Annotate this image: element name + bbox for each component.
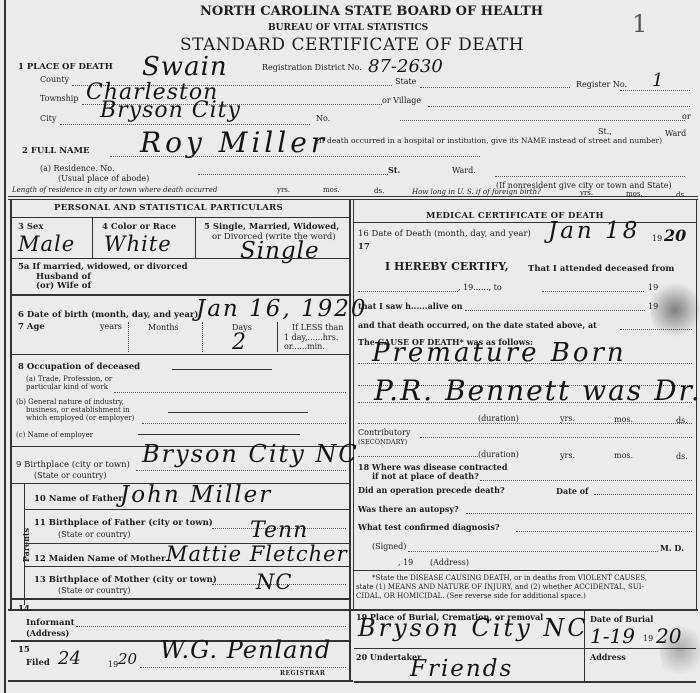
footnote-line-2: state (1) MEANS AND NATURE OF INJURY, an… xyxy=(356,583,644,591)
village-label: or Village xyxy=(382,96,421,105)
father-label: 10 Name of Father xyxy=(34,494,123,504)
no-label: No. xyxy=(316,114,330,123)
birthplace-sub-label: (State or country) xyxy=(34,471,107,480)
burial-date-label: Date of Burial xyxy=(590,614,653,624)
dod-year: 20 xyxy=(664,226,686,245)
burial-date-value: 1-19 xyxy=(590,624,635,648)
dod-year-prefix: 19 xyxy=(652,234,662,243)
marital-label-1: 5 Single, Married, Widowed, xyxy=(204,222,339,232)
operation-date-label: Date of xyxy=(556,486,588,496)
register-value: 1 xyxy=(652,70,663,91)
occ-b-label-1: (b) General nature of industry, xyxy=(16,398,124,406)
contributory-label: Contributory xyxy=(358,428,410,437)
filed-label: Filed xyxy=(26,658,50,668)
signed-address-label: (Address) xyxy=(430,558,469,567)
filed-value: 24 xyxy=(58,648,81,669)
dod-label: 16 Date of Death (month, day, and year) xyxy=(358,229,531,239)
burial-year-prefix: 19 xyxy=(643,634,653,643)
fingerprint-smudge xyxy=(650,280,700,340)
saw-alive-label: that I saw h......alive on xyxy=(358,301,463,311)
mother-bp-sub-label: (State or country) xyxy=(58,586,131,595)
father-value: John Miller xyxy=(120,482,272,508)
st-label: St., xyxy=(598,127,612,136)
less-min-label: or......min. xyxy=(284,342,325,351)
full-name-label: 2 FULL NAME xyxy=(22,146,90,156)
test-label: What test confirmed diagnosis? xyxy=(358,522,500,532)
parents-label: Parents xyxy=(21,528,31,562)
occ-c-label: (c) Name of employer xyxy=(16,431,93,439)
sex-label: 3 Sex xyxy=(18,222,44,232)
race-label: 4 Color or Race xyxy=(102,222,176,232)
race-value: White xyxy=(104,232,172,256)
age-label: 7 Age xyxy=(18,322,45,332)
certify-text: That I attended deceased from xyxy=(528,264,674,274)
county-value: Swain xyxy=(142,52,228,82)
residence-label: (a) Residence. No. xyxy=(40,164,115,173)
personal-section-title: PERSONAL AND STATISTICAL PARTICULARS xyxy=(54,203,283,213)
county-label: County xyxy=(40,75,69,84)
registrar-signature: W.G. Penland xyxy=(160,636,331,664)
filed-number: 15 xyxy=(18,645,30,655)
filed-year-prefix: 19 xyxy=(108,660,118,669)
occ-a-label-1: (a) Trade, Profession, or xyxy=(26,375,112,383)
burial-place-value: Bryson City NC xyxy=(358,614,589,642)
contributory-yrs-label: yrs. xyxy=(560,451,575,460)
age-months-label: Months xyxy=(148,323,179,332)
dod-value: Jan 18 xyxy=(548,218,640,244)
board-title: NORTH CAROLINA STATE BOARD OF HEALTH xyxy=(200,4,543,19)
attended-from-line: , 19......, to xyxy=(458,283,502,292)
spouse-label-3: (or) Wife of xyxy=(36,281,91,291)
undertaker-address-label: Address xyxy=(590,652,626,662)
or-label: or xyxy=(682,112,691,121)
md-label: M. D. xyxy=(660,543,684,553)
less-hrs-label: 1 day,......hrs. xyxy=(284,333,338,342)
spouse-label-1: 5a If married, widowed, or divorced xyxy=(18,262,188,272)
mos-label: mos. xyxy=(323,186,340,194)
yrs-label: yrs. xyxy=(277,186,290,194)
birthplace-label: 9 Birthplace (city or town) xyxy=(16,460,130,470)
foreign-ds-label: ds. xyxy=(676,191,686,199)
footnote-line-1: *State the DISEASE CAUSING DEATH, or in … xyxy=(372,574,647,582)
dob-value: Jan 16, 1920 xyxy=(196,296,367,322)
secondary-label: (SECONDARY) xyxy=(358,438,407,446)
ds-label: ds. xyxy=(374,187,384,195)
occ-b-label-2: business, or establishment in xyxy=(26,406,130,414)
filed-year: 20 xyxy=(118,650,137,668)
hospital-note: (If death occurred in a hospital or inst… xyxy=(316,136,662,145)
page-title: STANDARD CERTIFICATE OF DEATH xyxy=(180,35,524,55)
state-label: State xyxy=(395,77,416,86)
page-number: 1 xyxy=(632,10,647,38)
register-label: Register No. xyxy=(576,80,627,89)
length-of-residence-label: Length of residence in city or town wher… xyxy=(12,186,217,194)
mother-bp-value: NC xyxy=(256,570,292,594)
city-value: Bryson City xyxy=(100,98,241,123)
occ-b-label-3: which employed (or employer) xyxy=(26,414,134,422)
place-of-death-label: 1 PLACE OF DEATH xyxy=(18,62,113,72)
certify-heading: I HEREBY CERTIFY, xyxy=(385,260,509,273)
residence-ward-label: Ward. xyxy=(452,166,476,175)
township-label: Township xyxy=(40,94,78,103)
footnote-line-3: CIDAL, OR HOMICIDAL. (See reverse side f… xyxy=(356,592,586,600)
father-bp-label: 11 Birthplace of Father (city or town) xyxy=(34,518,213,528)
less-than-label: If LESS than xyxy=(292,323,343,332)
residence-st-label: St. xyxy=(388,165,400,175)
registration-label: Registration District No. xyxy=(262,63,362,72)
marital-value: Single xyxy=(240,238,320,264)
occurred-label: and that death occurred, on the date sta… xyxy=(358,320,597,330)
birthplace-value: Bryson City NC xyxy=(142,440,359,468)
operation-label: Did an operation precede death? xyxy=(358,485,505,495)
signed-label: (Signed) xyxy=(372,542,406,551)
ward-label: Ward xyxy=(665,129,686,138)
contributory-ds-label: ds. xyxy=(676,452,688,461)
registrar-label: REGISTRAR xyxy=(280,670,325,677)
death-certificate: NORTH CAROLINA STATE BOARD OF HEALTH BUR… xyxy=(0,0,700,693)
father-bp-sub-label: (State or country) xyxy=(58,530,131,539)
contracted-label-2: if not at place of death? xyxy=(372,471,479,481)
dob-label: 6 Date of birth (month, day, and year) xyxy=(18,310,198,320)
mother-label: 12 Maiden Name of Mother xyxy=(34,554,165,564)
occupation-label: 8 Occupation of deceased xyxy=(18,362,140,372)
foreign-birth-label: How long in U. S. if of foreign birth? xyxy=(412,188,541,196)
item-17-number: 17 xyxy=(358,242,370,252)
sex-value: Male xyxy=(18,232,75,256)
signed-date-label: , 19 xyxy=(398,558,413,567)
bureau-title: BUREAU OF VITAL STATISTICS xyxy=(268,23,428,33)
father-bp-value: Tenn xyxy=(250,518,308,543)
mother-bp-label: 13 Birthplace of Mother (city or town) xyxy=(34,575,217,585)
occ-a-label-2: particular kind of work xyxy=(26,383,108,391)
duration-yrs-label: yrs. xyxy=(560,414,575,423)
autopsy-label: Was there an autopsy? xyxy=(358,504,459,514)
full-name-value: Roy Miller xyxy=(140,126,328,159)
informant-label: Informant xyxy=(26,618,75,628)
duration-label: (duration) xyxy=(478,414,519,423)
age-years-label: years xyxy=(100,322,122,331)
informant-address-label: (Address) xyxy=(26,628,69,638)
bottom-smudge xyxy=(660,620,700,680)
age-days-value: 2 xyxy=(232,330,247,355)
contributory-duration-label: (duration) xyxy=(478,450,519,459)
registration-value: 87-2630 xyxy=(368,56,443,77)
contributory-mos-label: mos. xyxy=(614,451,633,460)
informant-number: 14 xyxy=(18,604,30,614)
residence-sub: (Usual place of abode) xyxy=(58,174,149,183)
undertaker-value: Friends xyxy=(410,656,513,682)
mother-value: Mattie Fletcher xyxy=(166,542,348,566)
city-label: City xyxy=(40,114,56,123)
left-border xyxy=(4,0,6,693)
